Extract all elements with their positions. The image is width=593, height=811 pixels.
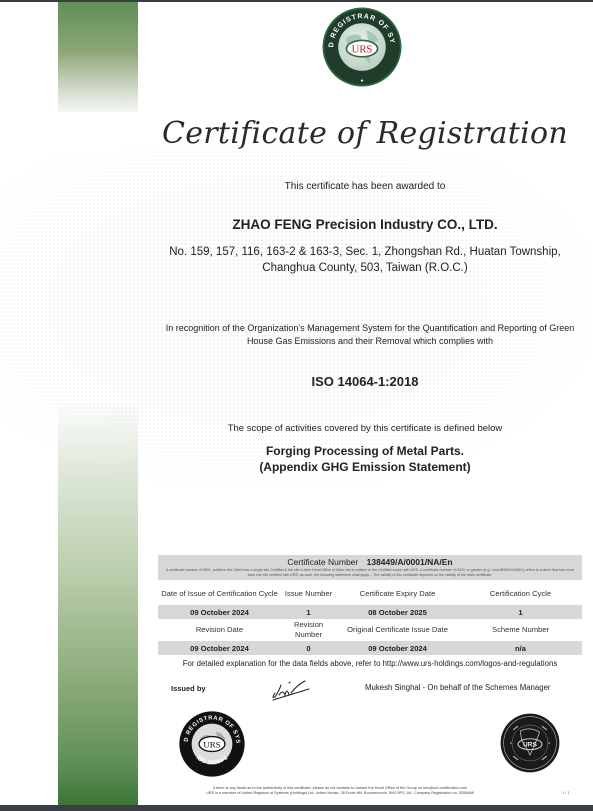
label-revision-number: Revision Number	[281, 619, 336, 641]
awarded-text: This certificate has been awarded to	[150, 181, 580, 192]
certificate-title: Certificate of Registration	[150, 116, 580, 151]
table-row: Date of Issue of Certification Cycle Iss…	[158, 583, 582, 605]
value-revision-number: 0	[281, 641, 336, 655]
value-issue-date: 09 October 2024	[158, 605, 281, 619]
value-expiry-date: 08 October 2025	[336, 605, 459, 619]
label-original-issue-date: Original Certificate Issue Date	[336, 619, 459, 641]
table-row: 09 October 2024 1 08 October 2025 1	[158, 605, 582, 619]
value-scheme-number: n/a	[459, 641, 582, 655]
scope-line-1: Forging Processing of Metal Parts.	[150, 443, 580, 459]
urs-globe-logo-icon: URS UNITED REGISTRAR OF SYSTEMS	[321, 6, 403, 88]
footer-disclaimer: If there is any doubt as to the authenti…	[180, 786, 500, 796]
value-issue-number: 1	[281, 605, 336, 619]
footer-line-2: URS is a member of United Registrar of S…	[180, 791, 500, 796]
label-scheme-number: Scheme Number	[459, 619, 582, 641]
viewer-bottom-bar	[0, 805, 593, 811]
address-line-1: No. 159, 157, 116, 163-2 & 163-3, Sec. 1…	[150, 244, 580, 260]
page-number: 1 / 1	[562, 790, 570, 795]
certificate-number-box: Certificate Number 138449/A/0001/NA/En A…	[158, 555, 582, 580]
label-certification-cycle: Certification Cycle	[459, 583, 582, 605]
issued-by-label: Issued by	[171, 684, 206, 693]
green-band-top	[58, 2, 138, 112]
value-revision-date: 09 October 2024	[158, 641, 281, 655]
certificate-number-line: Certificate Number 138449/A/0001/NA/En	[158, 555, 582, 567]
table-row: 09 October 2024 0 09 October 2024 n/a	[158, 641, 582, 655]
address-line-2: Changhua County, 503, Taiwan (R.O.C.)	[150, 260, 580, 276]
scope-line-2: (Appendix GHG Emission Statement)	[150, 459, 580, 475]
urs-iso-14064-logo-icon: URS UNITED REGISTRAR OF SYSTEMS ISO 1406…	[178, 710, 246, 778]
scope-intro: The scope of activities covered by this …	[150, 423, 580, 434]
explanation-text: For detailed explanation for the data fi…	[155, 659, 585, 668]
company-address: No. 159, 157, 116, 163-2 & 163-3, Sec. 1…	[150, 244, 580, 276]
table-row: Revision Date Revision Number Original C…	[158, 619, 582, 641]
label-expiry-date: Certificate Expiry Date	[336, 583, 459, 605]
certificate-number-label: Certificate Number	[287, 557, 358, 567]
svg-text:URS: URS	[203, 739, 220, 749]
svg-text:URS: URS	[523, 742, 538, 749]
world-map-watermark	[0, 150, 593, 490]
value-certification-cycle: 1	[459, 605, 582, 619]
recognition-text: In recognition of the Organization's Man…	[155, 322, 585, 348]
signatory-name: Mukesh Singhal - On behalf of the Scheme…	[365, 683, 551, 692]
standard-name: ISO 14064-1:2018	[150, 374, 580, 389]
scope-of-activities: Forging Processing of Metal Parts. (Appe…	[150, 443, 580, 475]
label-issue-number: Issue Number	[281, 583, 336, 605]
value-original-issue-date: 09 October 2024	[336, 641, 459, 655]
certificate-number-note: A certificate number of 0001, confirms t…	[158, 567, 582, 578]
certificate-number: 138449/A/0001/NA/En	[367, 557, 453, 567]
label-issue-date: Date of Issue of Certification Cycle	[158, 583, 281, 605]
svg-text:URS: URS	[352, 45, 373, 56]
label-revision-date: Revision Date	[158, 619, 281, 641]
signature-icon	[265, 673, 315, 703]
certificate-details-table: Date of Issue of Certification Cycle Iss…	[158, 583, 582, 655]
company-name: ZHAO FENG Precision Industry CO., LTD.	[150, 217, 580, 232]
accreditation-seal-icon: URS	[500, 713, 560, 773]
